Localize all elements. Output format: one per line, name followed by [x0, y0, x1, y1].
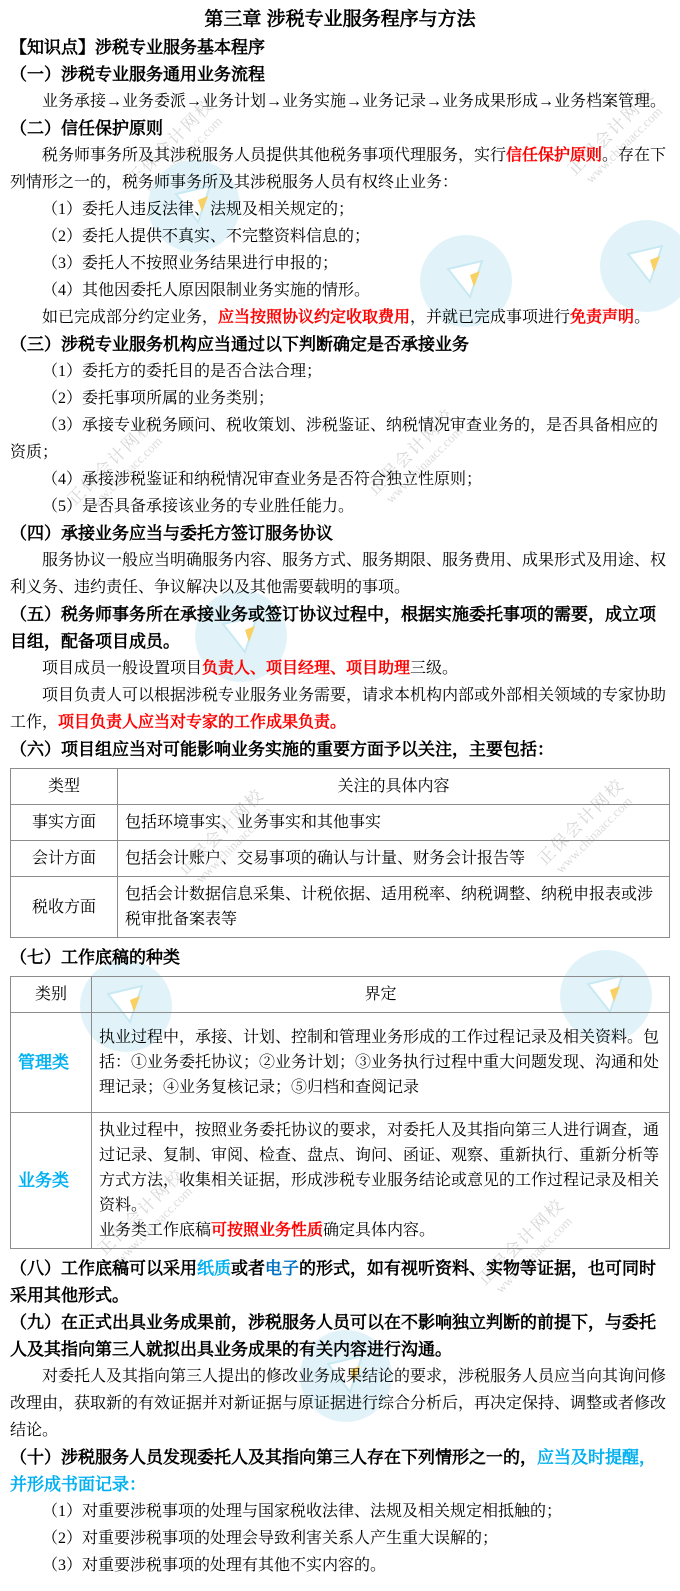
table-header-row: 类别 界定 — [11, 977, 670, 1013]
table-row: 税收方面 包括会计数据信息采集、计税依据、适用税率、纳税调整、纳税申报表或涉税审… — [11, 877, 670, 938]
text-run: 执业过程中，承接、计划、控制和管理业务形成的工作过程记录及相关资料。包括：①业务… — [99, 1029, 659, 1096]
text-run: （十）涉税服务人员发现委托人及其指向第三人存在下列情形之一的， — [10, 1448, 537, 1467]
section-9-paragraph: 对委托人及其指向第三人提出的修改业务成果结论的要求，涉税服务人员应当向其询问修改… — [10, 1363, 670, 1444]
text-run: 三级。 — [410, 660, 458, 677]
highlight-red: 免责声明 — [570, 309, 634, 326]
focus-aspects-table: 类型 关注的具体内容 事实方面 包括环境事实、业务事实和其他事实 会计方面 包括… — [10, 768, 670, 938]
knowledge-point-heading: 【知识点】涉税专业服务基本程序 — [10, 34, 670, 61]
list-item: （4）其他因委托人原因限制业务实施的情形。 — [10, 277, 670, 304]
row-value: 执业过程中，承接、计划、控制和管理业务形成的工作过程记录及相关资料。包括：①业务… — [92, 1013, 670, 1113]
row-label: 事实方面 — [11, 805, 118, 841]
section-4-paragraph: 服务协议一般应当明确服务内容、服务方式、服务期限、服务费用、成果形式及用途、权利… — [10, 547, 670, 601]
text-run: 确定具体内容。 — [323, 1222, 435, 1239]
text-run: 税务师事务所及其涉税服务人员提供其他税务事项代理服务，实行 — [42, 147, 506, 164]
column-header: 类别 — [11, 977, 92, 1013]
working-paper-types-table: 类别 界定 管理类 执业过程中，承接、计划、控制和管理业务形成的工作过程记录及相… — [10, 976, 670, 1249]
document-page: 正保会计网校www.chinaacc.com 正保会计网校www.chinaac… — [0, 0, 680, 1591]
text-run: 或者 — [231, 1259, 265, 1278]
business-definition: 执业过程中，按照业务委托协议的要求，对委托人及其指向第三人进行调查，通过记录、复… — [99, 1118, 662, 1218]
row-label-business: 业务类 — [11, 1113, 92, 1249]
text-run: 项目成员一般设置项目 — [42, 660, 202, 677]
section-2-paragraph: 税务师事务所及其涉税服务人员提供其他税务事项代理服务，实行信任保护原则。存在下列… — [10, 142, 670, 196]
section-6-heading: （六）项目组应当对可能影响业务实施的重要方面予以关注，主要包括： — [10, 736, 670, 763]
column-header: 类型 — [11, 769, 118, 805]
section-5-heading: （五）税务师事务所在承接业务或签订协议过程中，根据实施委托事项的需要，成立项目组… — [10, 601, 670, 655]
highlight-red: 可按照业务性质 — [211, 1222, 323, 1239]
list-item: （2）对重要涉税事项的处理会导致利害关系人产生重大误解的； — [10, 1525, 670, 1552]
section-2-note: 如已完成部分约定业务，应当按照协议约定收取费用，并就已完成事项进行免责声明。 — [10, 304, 670, 331]
highlight-red: 负责人、项目经理、项目助理 — [202, 660, 410, 677]
list-item: （1）委托人违反法律、法规及相关规定的； — [10, 196, 670, 223]
section-8-heading: （八）工作底稿可以采用纸质或者电子的形式，如有视听资料、实物等证据，也可同时采用… — [10, 1255, 670, 1309]
table-row: 业务类 执业过程中，按照业务委托协议的要求，对委托人及其指向第三人进行调查，通过… — [11, 1113, 670, 1249]
highlight-red: 应当按照协议约定收取费用 — [218, 309, 410, 326]
document-content: 第三章 涉税专业服务程序与方法 【知识点】涉税专业服务基本程序 （一）涉税专业服… — [10, 5, 670, 1579]
column-header: 关注的具体内容 — [118, 769, 670, 805]
table-row: 管理类 执业过程中，承接、计划、控制和管理业务形成的工作过程记录及相关资料。包括… — [11, 1013, 670, 1113]
list-item: （2）委托人提供不真实、不完整资料信息的； — [10, 223, 670, 250]
table-row: 会计方面 包括会计账户、交易事项的确认与计量、财务会计报告等 — [11, 841, 670, 877]
row-value: 包括环境事实、业务事实和其他事实 — [118, 805, 670, 841]
section-1-flow: 业务承接→业务委派→业务计划→业务实施→业务记录→业务成果形成→业务档案管理。 — [10, 88, 670, 115]
row-label: 税收方面 — [11, 877, 118, 938]
table-header-row: 类型 关注的具体内容 — [11, 769, 670, 805]
section-4-heading: （四）承接业务应当与委托方签订服务协议 — [10, 520, 670, 547]
row-value: 执业过程中，按照业务委托协议的要求，对委托人及其指向第三人进行调查，通过记录、复… — [92, 1113, 670, 1249]
section-3-heading: （三）涉税专业服务机构应当通过以下判断确定是否承接业务 — [10, 331, 670, 358]
list-item: （2）委托事项所属的业务类别； — [10, 385, 670, 412]
section-5-note: 项目负责人可以根据涉税专业服务业务需要，请求本机构内部或外部相关领域的专家协助工… — [10, 682, 670, 736]
list-item: （4）承接涉税鉴证和纳税情况审查业务是否符合独立性原则； — [10, 466, 670, 493]
row-value: 包括会计账户、交易事项的确认与计量、财务会计报告等 — [118, 841, 670, 877]
list-item: （3）对重要涉税事项的处理有其他不实内容的。 — [10, 1552, 670, 1579]
page-title: 第三章 涉税专业服务程序与方法 — [10, 5, 670, 34]
text-run: （八）工作底稿可以采用 — [10, 1259, 197, 1278]
section-5-paragraph: 项目成员一般设置项目负责人、项目经理、项目助理三级。 — [10, 655, 670, 682]
business-note: 业务类工作底稿可按照业务性质确定具体内容。 — [99, 1218, 662, 1243]
row-label: 会计方面 — [11, 841, 118, 877]
text-run: 。 — [634, 309, 650, 326]
section-9-heading: （九）在正式出具业务成果前，涉税服务人员可以在不影响独立判断的前提下，与委托人及… — [10, 1309, 670, 1363]
list-item: （3）承接专业税务顾问、税收策划、涉税鉴证、纳税情况审查业务的，是否具备相应的资… — [10, 412, 670, 466]
highlight-cyan: 纸质 — [197, 1259, 231, 1278]
section-2-heading: （二）信任保护原则 — [10, 115, 670, 142]
row-value: 包括会计数据信息采集、计税依据、适用税率、纳税调整、纳税申报表或涉税审批备案表等 — [118, 877, 670, 938]
list-item: （5）是否具备承接该业务的专业胜任能力。 — [10, 493, 670, 520]
section-7-heading: （七）工作底稿的种类 — [10, 944, 670, 971]
list-item: （3）委托人不按照业务结果进行申报的； — [10, 250, 670, 277]
text-run: ，并就已完成事项进行 — [410, 309, 570, 326]
text-run: 业务类工作底稿 — [99, 1222, 211, 1239]
highlight-red: 信任保护原则 — [506, 147, 602, 164]
column-header: 界定 — [92, 977, 670, 1013]
highlight-red: 项目负责人应当对专家的工作成果负责。 — [58, 714, 346, 731]
text-run: 如已完成部分约定业务， — [42, 309, 218, 326]
list-item: （1）委托方的委托目的是否合法合理； — [10, 358, 670, 385]
row-label-management: 管理类 — [11, 1013, 92, 1113]
highlight-blue: 电子 — [265, 1259, 299, 1278]
section-1-heading: （一）涉税专业服务通用业务流程 — [10, 61, 670, 88]
list-item: （1）对重要涉税事项的处理与国家税收法律、法规及相关规定相抵触的； — [10, 1498, 670, 1525]
table-row: 事实方面 包括环境事实、业务事实和其他事实 — [11, 805, 670, 841]
section-10-heading: （十）涉税服务人员发现委托人及其指向第三人存在下列情形之一的，应当及时提醒，并形… — [10, 1444, 670, 1498]
